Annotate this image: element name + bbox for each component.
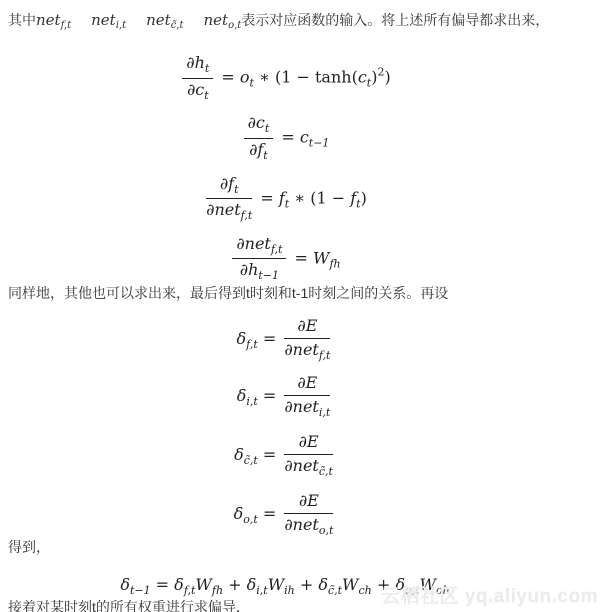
formula-delta-o: δo,t = ∂E∂neto,t — [234, 492, 337, 537]
formula-delta-f: δf,t = ∂E∂netf,t — [237, 317, 334, 362]
formula-delta-t-1: δt−1 = δf,tWfh + δi,tWih + δc̃,tWch + δo… — [120, 575, 449, 597]
formula-dft-dnetft: ∂ft∂netf,t = ft ∗ (1 − ft) — [203, 175, 367, 223]
formula-block-delta-t-1: δt−1 = δf,tWfh + δi,tWih + δc̃,tWch + δo… — [8, 575, 562, 597]
formula-delta-i: δi,t = ∂E∂neti,t — [237, 374, 334, 419]
formula-block-dct-dft: ∂ct∂ft = ct−1 — [8, 114, 562, 162]
paragraph-relation: 同样地，其他也可以求出来，最后得到t时刻和t-1时刻之间的关系。再设 — [8, 283, 584, 303]
formula-block-dnetft-dht1: ∂netf,t∂ht−1 = Wfh — [8, 235, 562, 283]
formula-block-delta-i: δi,t = ∂E∂neti,t — [8, 374, 562, 419]
paragraph-obtain: 得到， — [8, 537, 584, 557]
paragraph-intro: 其中netf,t neti,t netc̃,t neto,t表示对应函数的输入。… — [8, 10, 584, 36]
formula-block-delta-f: δf,t = ∂E∂netf,t — [8, 317, 562, 362]
formula-block-delta-c: δc̃,t = ∂E∂netc̃,t — [8, 433, 562, 478]
formula-dht-dct: ∂ht∂ct = ot ∗ (1 − tanh(ct)2) — [179, 54, 390, 102]
formula-block-dft-dnetft: ∂ft∂netf,t = ft ∗ (1 − ft) — [8, 175, 562, 223]
formula-dnetft-dht1: ∂netf,t∂ht−1 = Wfh — [229, 235, 340, 283]
formula-block-dht-dct: ∂ht∂ct = ot ∗ (1 − tanh(ct)2) — [8, 54, 562, 102]
paragraph-next-step: 接着对某时刻t的所有权重进行求偏导， — [8, 597, 584, 612]
formula-block-delta-o: δo,t = ∂E∂neto,t — [8, 492, 562, 537]
formula-dct-dft: ∂ct∂ft = ct−1 — [241, 114, 330, 162]
article-body: 其中netf,t neti,t netc̃,t neto,t表示对应函数的输入。… — [0, 0, 604, 612]
formula-delta-c: δc̃,t = ∂E∂netc̃,t — [234, 433, 336, 478]
